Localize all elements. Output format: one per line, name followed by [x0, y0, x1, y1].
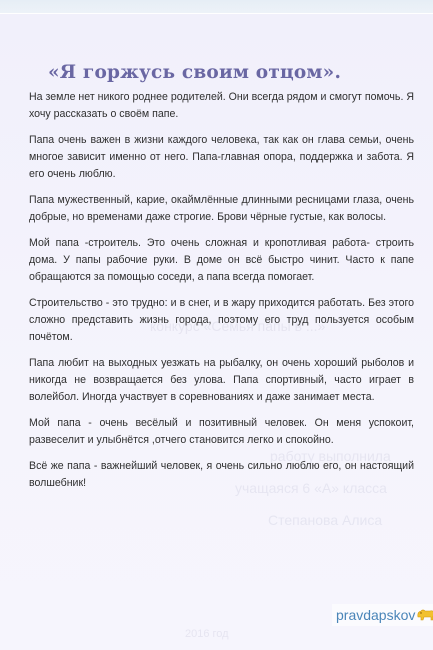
- paragraph: Всё же папа - важнейший человек, я очень…: [29, 458, 414, 492]
- scan-top-edge: [0, 0, 433, 14]
- document-body: На земле нет никого роднее родителей. Он…: [29, 89, 414, 501]
- paragraph: Папа любит на выходных уезжать на рыбалк…: [29, 355, 414, 406]
- paragraph: Строительство - это трудно: и в снег, и …: [29, 295, 414, 346]
- document-title: «Я горжусь своим отцом».: [48, 62, 341, 83]
- paragraph: На земле нет никого роднее родителей. Он…: [29, 89, 414, 123]
- paragraph: Папа очень важен в жизни каждого человек…: [29, 132, 414, 183]
- paragraph: Мой папа - очень весёлый и позитивный че…: [29, 415, 414, 449]
- lion-icon: [416, 608, 433, 622]
- paragraph: Папа мужественный, карие, окаймлённые дл…: [29, 192, 414, 226]
- paragraph: Мой папа -строитель. Это очень сложная и…: [29, 235, 414, 286]
- watermark-site-name: pravdapskov: [336, 607, 415, 623]
- watermark-logo: pravdapskov ru: [332, 604, 433, 626]
